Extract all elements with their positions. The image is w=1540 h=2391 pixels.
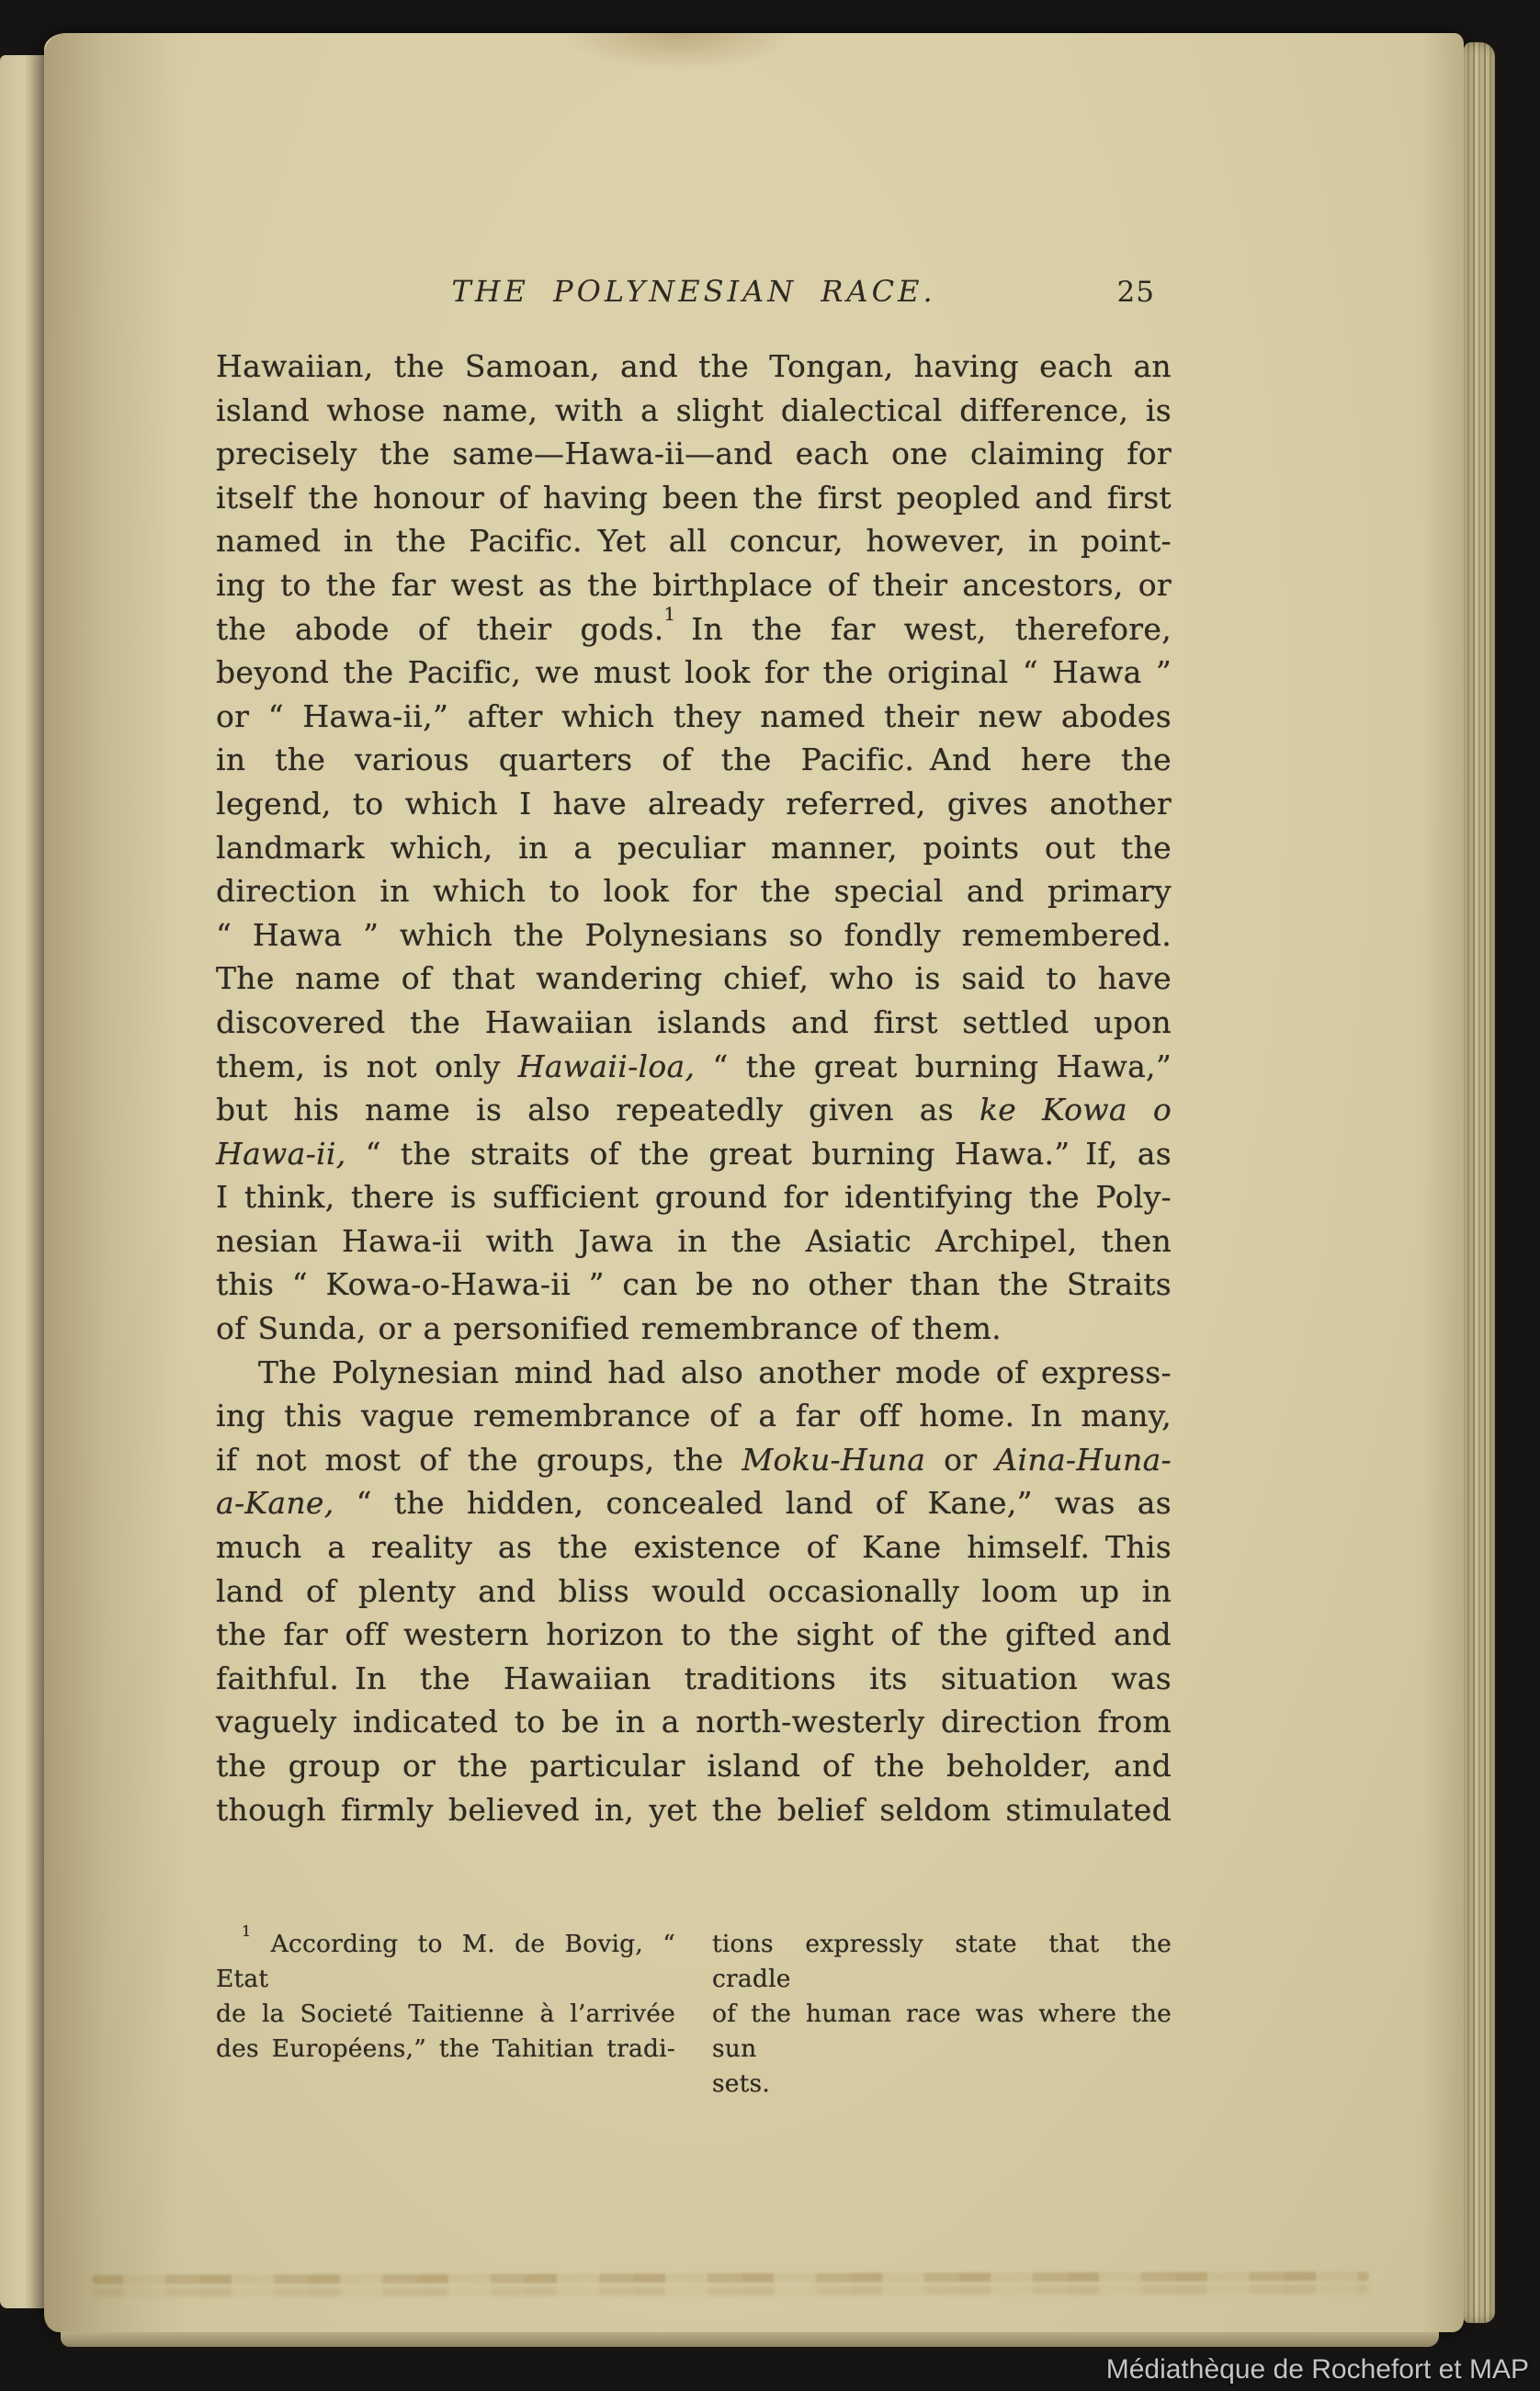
text-segment: “ the straits of the great burning Hawa.… (346, 1136, 1172, 1172)
text-line: tions expressly state that the cradle (712, 1927, 1172, 1997)
text-line: of Sunda, or a personified remembrance o… (216, 1307, 1172, 1351)
text-line: de la Societé Taitienne à l’arrivée (216, 1997, 675, 2032)
text-line: “ Hawa ” which the Polynesians so fondly… (216, 913, 1172, 958)
text-segment: The Polynesian mind had also another mod… (258, 1354, 1172, 1390)
superscript-marker: 1 (242, 1922, 251, 1940)
text-line: The Polynesian mind had also another mod… (216, 1351, 1172, 1395)
text-line: ing this vague remembrance of a far off … (216, 1394, 1172, 1438)
text-segment: landmark which, in a peculiar manner, po… (216, 830, 1172, 866)
book-page: THE POLYNESIAN RACE. 25 Hawaiian, the Sa… (44, 33, 1464, 2332)
text-segment: The name of that wandering chief, who is… (216, 960, 1172, 996)
text-line: the far off western horizon to the sight… (216, 1613, 1172, 1657)
text-segment: I think, there is sufficient ground for … (216, 1179, 1172, 1215)
text-line: Hawa-ii, “ the straits of the great burn… (216, 1132, 1172, 1176)
footnote-column-right: tions expressly state that the cradleof … (712, 1927, 1172, 2102)
text-segment: but his name is also repeatedly given as (216, 1092, 979, 1128)
text-line: landmark which, in a peculiar manner, po… (216, 826, 1172, 870)
text-segment: direction in which to look for the speci… (216, 873, 1172, 909)
text-segment: Hawaiian, the Samoan, and the Tongan, ha… (216, 348, 1172, 384)
text-line: but his name is also repeatedly given as… (216, 1088, 1172, 1132)
text-segment: “ Hawa ” which the Polynesians so fondly… (216, 917, 1172, 953)
page-edge-shade (1421, 33, 1464, 2332)
text-line: much a reality as the existence of Kane … (216, 1525, 1172, 1569)
water-stain-line (92, 2284, 1369, 2297)
text-line: nesian Hawa-ii with Jawa in the Asiatic … (216, 1219, 1172, 1263)
text-segment: the group or the particular island of th… (216, 1748, 1172, 1784)
superscript-marker: 1 (664, 604, 676, 625)
text-block: THE POLYNESIAN RACE. 25 Hawaiian, the Sa… (216, 33, 1172, 2102)
text-segment: des Européens,” the Tahitian tradi- (216, 2034, 675, 2063)
text-segment: itself the honour of having been the fir… (216, 480, 1172, 516)
text-line: the abode of their gods.1 In the far wes… (216, 607, 1172, 652)
text-line: island whose name, with a slight dialect… (216, 389, 1172, 433)
page-header: THE POLYNESIAN RACE. 25 (216, 274, 1172, 316)
text-segment: of Sunda, or a personified remembrance o… (216, 1310, 1002, 1346)
footnote-column-left: 1 According to M. de Bovig, “ Etatde la … (216, 1927, 675, 2102)
text-segment: sets. (712, 2069, 770, 2098)
text-segment: In the far west, therefore, (675, 611, 1172, 647)
text-segment: precisely the same—Hawa-ii—and each one … (216, 436, 1172, 471)
text-segment: much a reality as the existence of Kane … (216, 1529, 1172, 1565)
text-line: itself the honour of having been the fir… (216, 476, 1172, 520)
text-line: land of plenty and bliss would occasiona… (216, 1569, 1172, 1614)
text-segment: Aina-Huna- (995, 1442, 1172, 1478)
text-line: legend, to which I have already referred… (216, 782, 1172, 826)
text-segment: this “ Kowa-o-Hawa-ii ” can be no other … (216, 1266, 1172, 1302)
text-line: or “ Hawa-ii,” after which they named th… (216, 695, 1172, 739)
text-line: precisely the same—Hawa-ii—and each one … (216, 432, 1172, 476)
text-line: vaguely indicated to be in a north-weste… (216, 1700, 1172, 1744)
bottom-page-stack (61, 2332, 1439, 2347)
text-line: though firmly believed in, yet the belie… (216, 1788, 1172, 1832)
text-line: sets. (712, 2067, 1172, 2102)
text-segment: Moku-Huna (742, 1442, 925, 1478)
text-line: a-Kane, “ the hidden, concealed land of … (216, 1481, 1172, 1525)
text-segment: or “ Hawa-ii,” after which they named th… (216, 698, 1172, 734)
text-segment: a-Kane, (216, 1485, 334, 1521)
text-segment: them, is not only (216, 1048, 518, 1084)
text-segment: named in the Pacific. Yet all concur, ho… (216, 523, 1172, 559)
text-segment: the far off western horizon to the sight… (216, 1616, 1172, 1652)
fore-edge-page-stack (1464, 42, 1495, 2323)
text-segment: or (925, 1442, 995, 1478)
text-segment: discovered the Hawaiian islands and firs… (216, 1004, 1172, 1040)
footnote: 1 According to M. de Bovig, “ Etatde la … (216, 1927, 1172, 2102)
text-segment: “ the hidden, concealed land of Kane,” w… (334, 1485, 1172, 1521)
text-line: direction in which to look for the speci… (216, 869, 1172, 913)
previous-page-edge (0, 55, 44, 2308)
text-segment: if not most of the groups, the (216, 1442, 742, 1478)
text-line: them, is not only Hawaii-loa, “ the grea… (216, 1045, 1172, 1089)
text-segment: the abode of their gods. (216, 611, 664, 647)
text-segment: legend, to which I have already referred… (216, 786, 1172, 822)
text-line: 1 According to M. de Bovig, “ Etat (216, 1927, 675, 1997)
text-segment: island whose name, with a slight dialect… (216, 392, 1172, 428)
text-segment: ing to the far west as the birthplace of… (216, 567, 1172, 603)
text-segment: faithful. In the Hawaiian traditions its… (216, 1660, 1172, 1696)
text-segment: Hawa-ii, (216, 1136, 346, 1172)
text-line: I think, there is sufficient ground for … (216, 1175, 1172, 1219)
gutter-shadow (44, 33, 182, 2332)
page-number: 25 (1117, 276, 1155, 309)
text-line: ing to the far west as the birthplace of… (216, 563, 1172, 607)
text-line: in the various quarters of the Pacific. … (216, 738, 1172, 782)
text-line: the group or the particular island of th… (216, 1744, 1172, 1788)
text-segment: ing this vague remembrance of a far off … (216, 1398, 1172, 1433)
text-line: this “ Kowa-o-Hawa-ii ” can be no other … (216, 1263, 1172, 1307)
watermark-text: Médiathèque de Rochefort et MAP (1106, 2354, 1529, 2385)
text-segment: tions expressly state that the cradle (712, 1930, 1172, 1993)
text-line: The name of that wandering chief, who is… (216, 957, 1172, 1001)
text-segment: beyond the Pacific, we must look for the… (216, 654, 1172, 690)
text-segment: ke Kowa o (979, 1092, 1172, 1128)
text-line: named in the Pacific. Yet all concur, ho… (216, 519, 1172, 563)
text-segment: in the various quarters of the Pacific. … (216, 742, 1172, 777)
text-line: beyond the Pacific, we must look for the… (216, 651, 1172, 695)
text-line: discovered the Hawaiian islands and firs… (216, 1001, 1172, 1045)
text-line: faithful. In the Hawaiian traditions its… (216, 1657, 1172, 1701)
scanned-book-photo: THE POLYNESIAN RACE. 25 Hawaiian, the Sa… (0, 0, 1540, 2391)
text-line: Hawaiian, the Samoan, and the Tongan, ha… (216, 345, 1172, 389)
text-segment: Hawaii-loa, (518, 1048, 696, 1084)
text-line: if not most of the groups, the Moku-Huna… (216, 1438, 1172, 1482)
text-segment: de la Societé Taitienne à l’arrivée (216, 2000, 675, 2028)
body-text: Hawaiian, the Samoan, and the Tongan, ha… (216, 345, 1172, 1831)
text-segment: According to M. de Bovig, “ Etat (216, 1930, 675, 1993)
text-segment: though firmly believed in, yet the belie… (216, 1792, 1172, 1828)
text-segment: “ the great burning Hawa,” (695, 1048, 1172, 1084)
running-title: THE POLYNESIAN RACE. (216, 274, 1172, 309)
text-line: of the human race was where the sun (712, 1997, 1172, 2067)
text-segment: nesian Hawa-ii with Jawa in the Asiatic … (216, 1223, 1172, 1259)
text-line: des Européens,” the Tahitian tradi- (216, 2032, 675, 2067)
water-stain-line (92, 2272, 1369, 2284)
text-segment: vaguely indicated to be in a north-weste… (216, 1704, 1172, 1739)
text-segment: land of plenty and bliss would occasiona… (216, 1573, 1172, 1609)
text-segment: of the human race was where the sun (712, 2000, 1172, 2063)
